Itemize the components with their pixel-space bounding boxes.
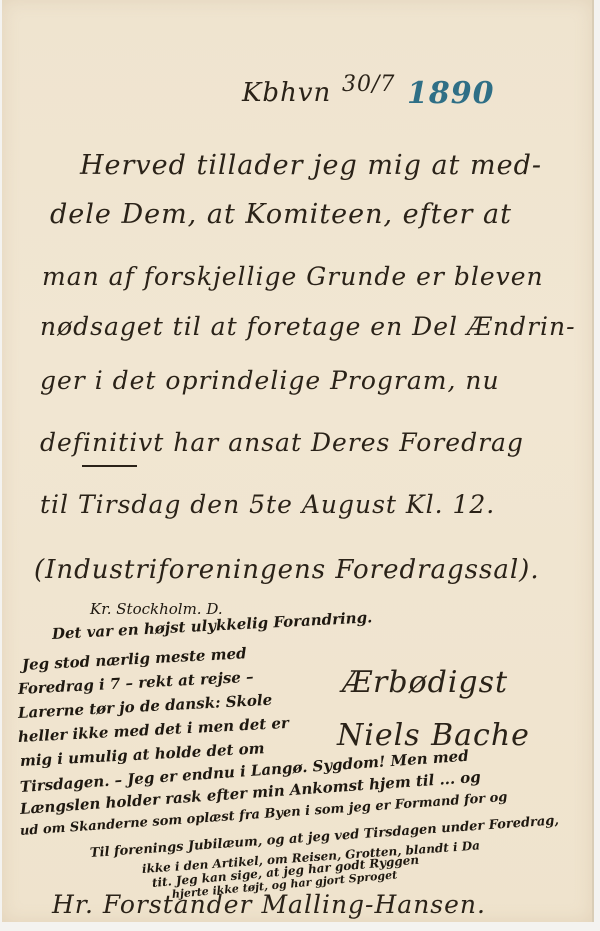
closing: Ærbødigst <box>342 665 508 700</box>
body-line: man af forskjellige Grunde er bleven <box>42 262 544 291</box>
signature: Niels Bache <box>337 718 530 753</box>
venue-line: (Industriforeningens Foredragssal). <box>34 555 540 585</box>
recipient: Hr. Forstander Malling-Hansen. <box>52 890 486 919</box>
letter-paper: Kbhvn 30/7 1890 Herved tillader jeg mig … <box>2 0 594 922</box>
letter-place: Kbhvn <box>242 78 331 108</box>
letter-date-day-month: 30/7 <box>342 72 395 97</box>
body-line: ger i det oprindelige Program, nu <box>40 366 500 395</box>
address-note: Kr. Stockholm. D. <box>90 600 223 618</box>
body-line: Herved tillader jeg mig at med- <box>80 150 542 181</box>
body-line: til Tirsdag den 5te August Kl. 12. <box>40 490 495 519</box>
body-line: dele Dem, at Komiteen, efter at <box>50 199 512 230</box>
underline-mark <box>82 465 137 467</box>
body-line-definitivt: definitivt har ansat Deres Foredrag <box>40 428 524 457</box>
letter-date-year: 1890 <box>407 76 495 111</box>
body-line: nødsaget til at foretage en Del Ændrin- <box>40 312 576 341</box>
